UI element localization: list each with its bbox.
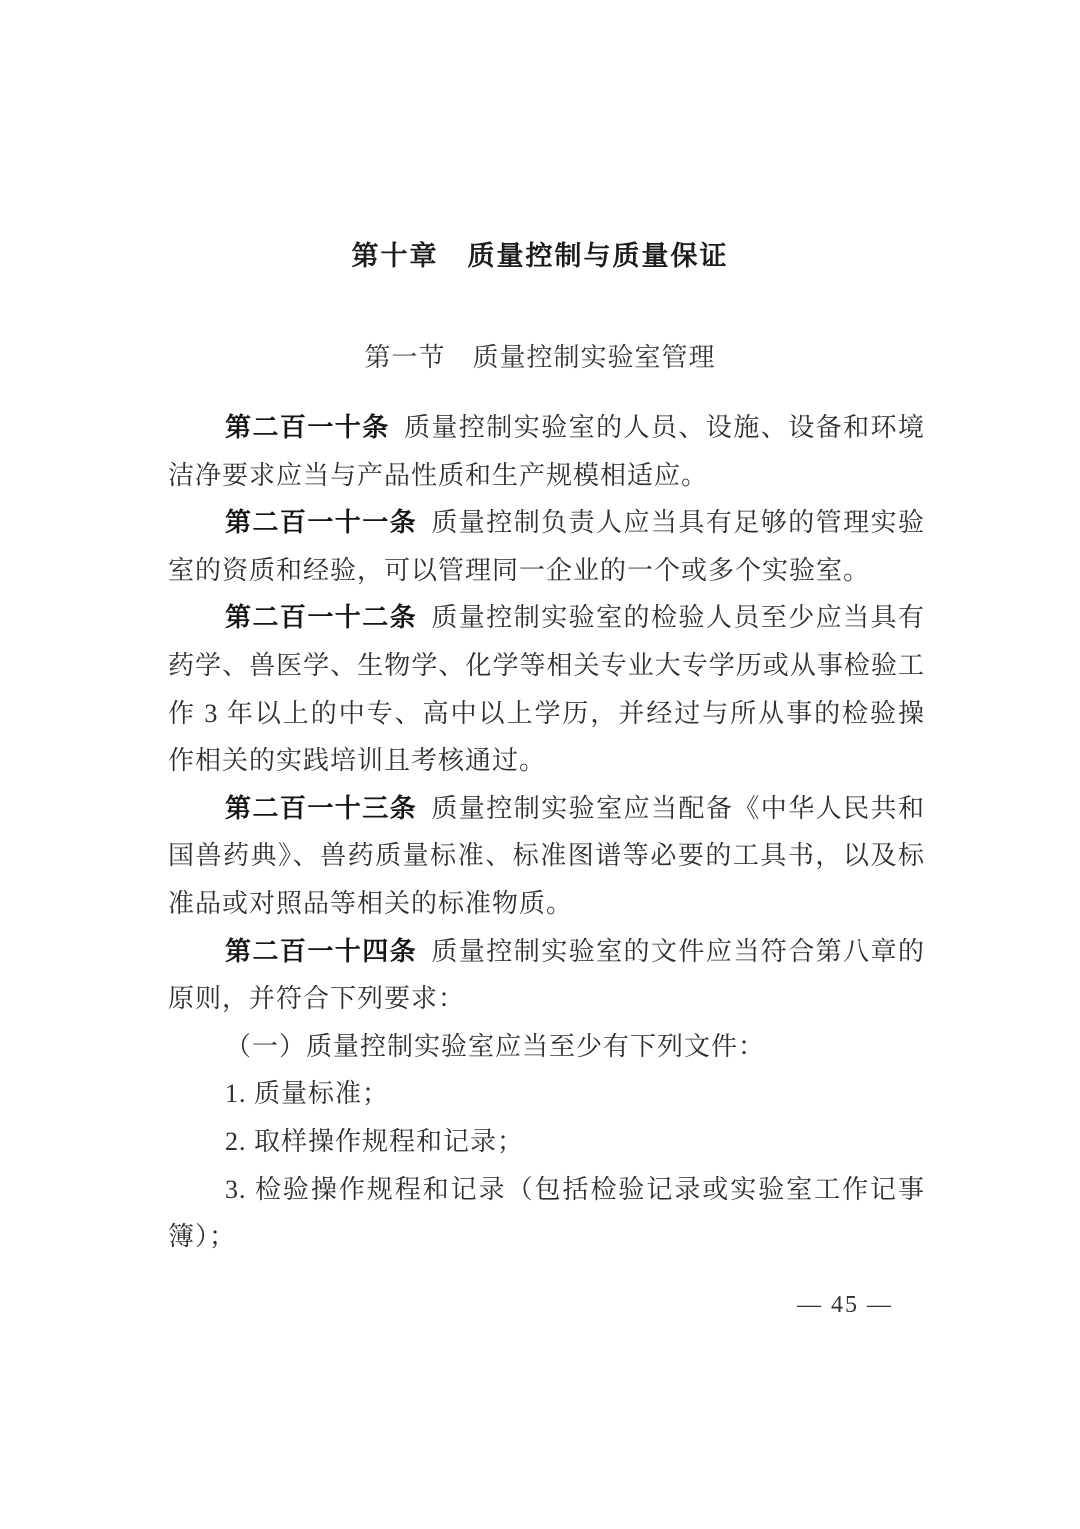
- list-item-3: 2. 取样操作规程和记录；: [168, 1118, 925, 1166]
- document-page: 第十章 质量控制与质量保证 第一节 质量控制实验室管理 第二百一十条质量控制实验…: [0, 0, 1080, 1529]
- article-210-number: 第二百一十条: [225, 412, 390, 442]
- list-item-2: 1. 质量标准；: [168, 1070, 925, 1118]
- article-214-paragraph: 第二百一十四条质量控制实验室的文件应当符合第八章的原则，并符合下列要求：: [168, 928, 925, 1023]
- article-211-number: 第二百一十一条: [225, 507, 417, 537]
- article-210-paragraph: 第二百一十条质量控制实验室的人员、设施、设备和环境洁净要求应当与产品性质和生产规…: [168, 404, 925, 499]
- article-213-number: 第二百一十三条: [225, 793, 417, 823]
- page-number: — 45 —: [797, 1290, 893, 1320]
- article-212-paragraph: 第二百一十二条质量控制实验室的检验人员至少应当具有药学、兽医学、生物学、化学等相…: [168, 594, 925, 784]
- article-213-paragraph: 第二百一十三条质量控制实验室应当配备《中华人民共和国兽药典》、兽药质量标准、标准…: [168, 785, 925, 928]
- list-item-4: 3. 检验操作规程和记录（包括检验记录或实验室工作记事簿）；: [168, 1166, 925, 1261]
- section-title: 第一节 质量控制实验室管理: [0, 343, 1080, 373]
- chapter-title: 第十章 质量控制与质量保证: [0, 241, 1080, 271]
- document-body: 第二百一十条质量控制实验室的人员、设施、设备和环境洁净要求应当与产品性质和生产规…: [0, 404, 1080, 1261]
- article-212-number: 第二百一十二条: [225, 602, 417, 632]
- article-214-number: 第二百一十四条: [225, 936, 417, 966]
- list-item-1: （一）质量控制实验室应当至少有下列文件：: [168, 1023, 925, 1071]
- article-211-paragraph: 第二百一十一条质量控制负责人应当具有足够的管理实验室的资质和经验，可以管理同一企…: [168, 499, 925, 594]
